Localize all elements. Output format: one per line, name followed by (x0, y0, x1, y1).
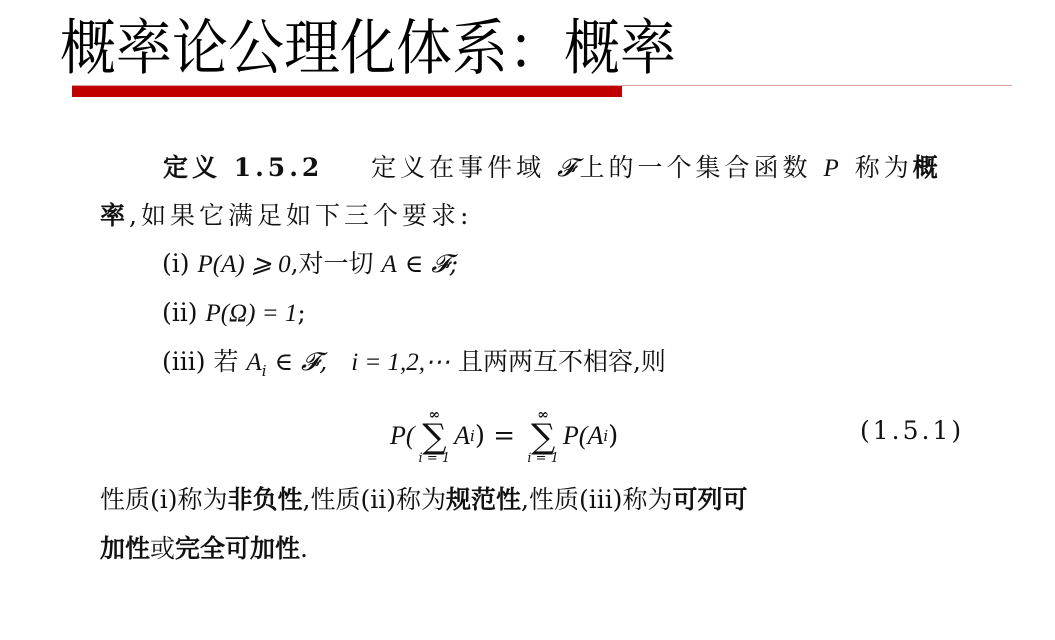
axiom-1: (i) P(A) ⩾ 0,对一切 A ∈ 𝓕; (162, 248, 458, 281)
summation-symbol: ∞ ∑ i = 1 (527, 408, 559, 465)
summation-symbol: ∞ ∑ i = 1 (419, 408, 451, 465)
properties-line-2: 加性或完全可加性. (100, 533, 308, 565)
term-countable-additivity: 可列可 (672, 485, 747, 514)
definition-line-2: 率,如果它满足如下三个要求: (100, 200, 472, 232)
definition-label: 定义 1.5.2 (163, 153, 323, 182)
definition-line-1: 定义 1.5.2 定义在事件域 𝓕上的一个集合函数 P 称为概 (163, 152, 942, 185)
properties-line-1: 性质(i)称为非负性,性质(ii)称为规范性,性质(iii)称为可列可 (100, 484, 747, 516)
term-nonnegativity: 非负性 (228, 485, 303, 514)
term-complete-additivity: 完全可加性 (175, 534, 300, 563)
equation-number: (1.5.1) (860, 416, 964, 445)
countable-additivity-formula: P( ∞ ∑ i = 1 Ai) = ∞ ∑ i = 1 P(Ai) (390, 398, 618, 474)
prob-function-symbol: P (823, 155, 842, 182)
axiom-2: (ii) P(Ω) = 1; (162, 297, 306, 330)
term-normalization: 规范性 (446, 485, 521, 514)
axiom-3: (iii) 若 Ai ∈ 𝓕, i = 1,2,⋯ 且两两互不相容,则 (162, 346, 666, 387)
event-field-symbol: 𝓕 (557, 153, 579, 182)
defined-term: 概 (913, 153, 942, 182)
definition-block: 定义 1.5.2 定义在事件域 𝓕上的一个集合函数 P 称为概 率,如果它满足如… (0, 0, 1055, 640)
